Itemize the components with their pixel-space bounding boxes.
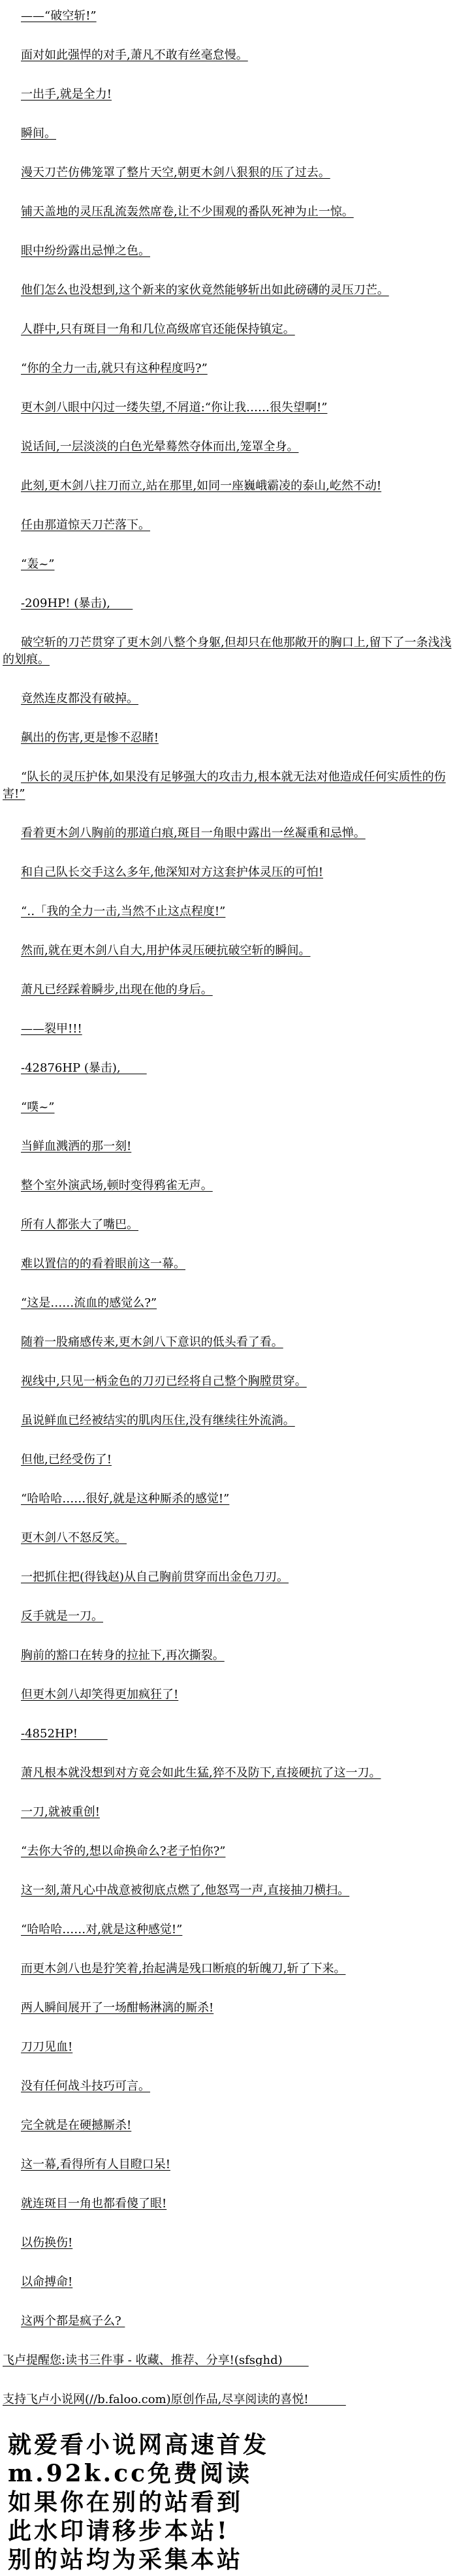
novel-paragraph: 虽说鲜血已经被结实的肌肉压住,没有继续往外流淌。 <box>3 1412 454 1429</box>
novel-paragraph: “‥「我的全力一击,当然不止这点程度!” <box>3 903 454 920</box>
novel-paragraph: 反手就是一刀。 <box>3 1608 454 1625</box>
novel-paragraph: 萧凡根本就没想到对方竟会如此生猛,猝不及防下,直接硬抗了这一刀。 <box>3 1765 454 1782</box>
novel-paragraph: 任由那道惊天刀芒落下。 <box>3 517 454 534</box>
novel-paragraph: “噗~” <box>3 1099 454 1116</box>
novel-content: ——“破空斩!” 面对如此强悍的对手,萧凡不敢有丝毫怠慢。 一出手,就是全力! … <box>3 8 454 2330</box>
novel-paragraph: 完全就是在硬撼厮杀! <box>3 2117 454 2134</box>
novel-paragraph: “轰~” <box>3 556 454 573</box>
novel-paragraph: 飙出的伤害,更是惨不忍睹! <box>3 730 454 747</box>
novel-paragraph: 一刀,就被重创! <box>3 1804 454 1821</box>
novel-paragraph: 难以置信的的看着眼前这一幕。 <box>3 1256 454 1273</box>
novel-paragraph: 瞬间。 <box>3 125 454 142</box>
novel-paragraph: 萧凡已经踩着瞬步,出现在他的身后。 <box>3 982 454 999</box>
novel-paragraph: 刀刀见血! <box>3 2039 454 2056</box>
novel-paragraph: “你的全力一击,就只有这种程度吗?” <box>3 360 454 377</box>
novel-paragraph: 以伤换伤! <box>3 2235 454 2252</box>
novel-paragraph: -4852HP! <box>3 1726 454 1743</box>
novel-paragraph: 但他,已经受伤了! <box>3 1451 454 1468</box>
novel-paragraph: 但更木剑八却笑得更加疯狂了! <box>3 1686 454 1703</box>
watermark-line: 别的站均为采集本站 <box>8 2545 454 2574</box>
novel-paragraph: 破空斩的刀芒贯穿了更木剑八整个身躯,但却只在他那敞开的胸口上,留下了一条浅浅的划… <box>3 634 454 668</box>
novel-paragraph: 此刻,更木剑八拄刀而立,站在那里,如同一座巍峨霸凌的泰山,屹然不动! <box>3 478 454 495</box>
novel-paragraph: -42876HP (暴击), <box>3 1060 454 1077</box>
novel-paragraph: 随着一股痛感传来,更木剑八下意识的低头看了看。 <box>3 1334 454 1351</box>
novel-paragraph: 一出手,就是全力! <box>3 86 454 103</box>
novel-page: ——“破空斩!” 面对如此强悍的对手,萧凡不敢有丝毫怠慢。 一出手,就是全力! … <box>0 0 457 2576</box>
novel-paragraph: 这一幕,看得所有人目瞪口呆! <box>3 2156 454 2173</box>
novel-paragraph: 当鲜血溅洒的那一刻! <box>3 1138 454 1155</box>
footer-notice-support: 支持飞卢小说网(//b.faloo.com)原创作品,尽享阅读的喜悦! <box>3 2391 454 2408</box>
novel-paragraph: 视线中,只见一柄金色的刀刃已经将自己整个胸膛贯穿。 <box>3 1373 454 1390</box>
novel-paragraph: 竟然连皮都没有破掉。 <box>3 691 454 707</box>
novel-paragraph: “哈哈哈……对,就是这种感觉!” <box>3 1921 454 1938</box>
novel-paragraph: -209HP! (暴击), <box>3 595 454 612</box>
novel-paragraph: 漫天刀芒仿佛笼罩了整片天空,朝更木剑八狠狠的压了过去。 <box>3 164 454 181</box>
novel-paragraph: 整个室外演武场,顿时变得鸦雀无声。 <box>3 1177 454 1194</box>
watermark-block: 就爱看小说网高速首发 m.92k.cc免费阅读 如果你在别的站看到 此水印请移步… <box>3 2430 454 2574</box>
novel-paragraph: 更木剑八不怒反笑。 <box>3 1530 454 1547</box>
novel-paragraph: ——“破空斩!” <box>3 8 454 25</box>
novel-paragraph: ——裂甲!!! <box>3 1021 454 1038</box>
novel-paragraph: 胸前的豁口在转身的拉扯下,再次撕裂。 <box>3 1647 454 1664</box>
novel-paragraph: “去你大爷的,想以命换命么?老子怕你?” <box>3 1843 454 1860</box>
novel-paragraph: 所有人都张大了嘴巴。 <box>3 1217 454 1234</box>
novel-paragraph: 没有任何战斗技巧可言。 <box>3 2078 454 2095</box>
footer-notice-reminder: 飞卢提醒您:读书三件事 - 收藏、推荐、分享!(sfsghd) <box>3 2352 454 2369</box>
novel-paragraph: 更木剑八眼中闪过一缕失望,不屑道:“你让我……很失望啊!” <box>3 399 454 416</box>
novel-paragraph: 眼中纷纷露出忌惮之色。 <box>3 243 454 260</box>
novel-paragraph: 而更木剑八也是狞笑着,抬起满是残口断痕的斩魄刀,斩了下来。 <box>3 1961 454 1978</box>
novel-paragraph: 这两个都是疯子么? <box>3 2313 454 2330</box>
novel-paragraph: 铺天盖地的灵压乱流轰然席卷,让不少围观的番队死神为止一惊。 <box>3 204 454 221</box>
watermark-line: 此水印请移步本站! <box>8 2517 454 2545</box>
novel-paragraph: 这一刻,萧凡心中战意被彻底点燃了,他怒骂一声,直接抽刀横扫。 <box>3 1882 454 1899</box>
novel-paragraph: 看着更木剑八胸前的那道白痕,斑目一角眼中露出一丝凝重和忌惮。 <box>3 825 454 842</box>
novel-paragraph: 面对如此强悍的对手,萧凡不敢有丝毫怠慢。 <box>3 47 454 64</box>
novel-paragraph: “队长的灵压护体,如果没有足够强大的攻击力,根本就无法对他造成任何实质性的伤害!… <box>3 769 454 803</box>
novel-paragraph: 说话间,一层淡淡的白色光晕蓦然夺体而出,笼罩全身。 <box>3 439 454 456</box>
novel-paragraph: 人群中,只有斑目一角和几位高级席官还能保持镇定。 <box>3 321 454 338</box>
novel-paragraph: 就连斑目一角也都看傻了眼! <box>3 2196 454 2212</box>
novel-paragraph: 和自己队长交手这么多年,他深知对方这套护体灵压的可怕! <box>3 864 454 881</box>
novel-paragraph: 以命搏命! <box>3 2274 454 2291</box>
novel-paragraph: “这是……流血的感觉么?” <box>3 1295 454 1312</box>
novel-paragraph: “哈哈哈……很好,就是这种厮杀的感觉!” <box>3 1491 454 1508</box>
novel-paragraph: 他们怎么也没想到,这个新来的家伙竟然能够斩出如此磅礴的灵压刀芒。 <box>3 282 454 299</box>
novel-paragraph: 然而,就在更木剑八自大,用护体灵压硬抗破空斩的瞬间。 <box>3 942 454 959</box>
novel-paragraph: 一把抓住把(得钱赵)从自己胸前贯穿而出金色刀刃。 <box>3 1569 454 1586</box>
watermark-line: 如果你在别的站看到 <box>8 2488 454 2517</box>
watermark-line: m.92k.cc免费阅读 <box>8 2459 454 2488</box>
novel-paragraph: 两人瞬间展开了一场酣畅淋漓的厮杀! <box>3 2000 454 2017</box>
watermark-line: 就爱看小说网高速首发 <box>8 2430 454 2459</box>
